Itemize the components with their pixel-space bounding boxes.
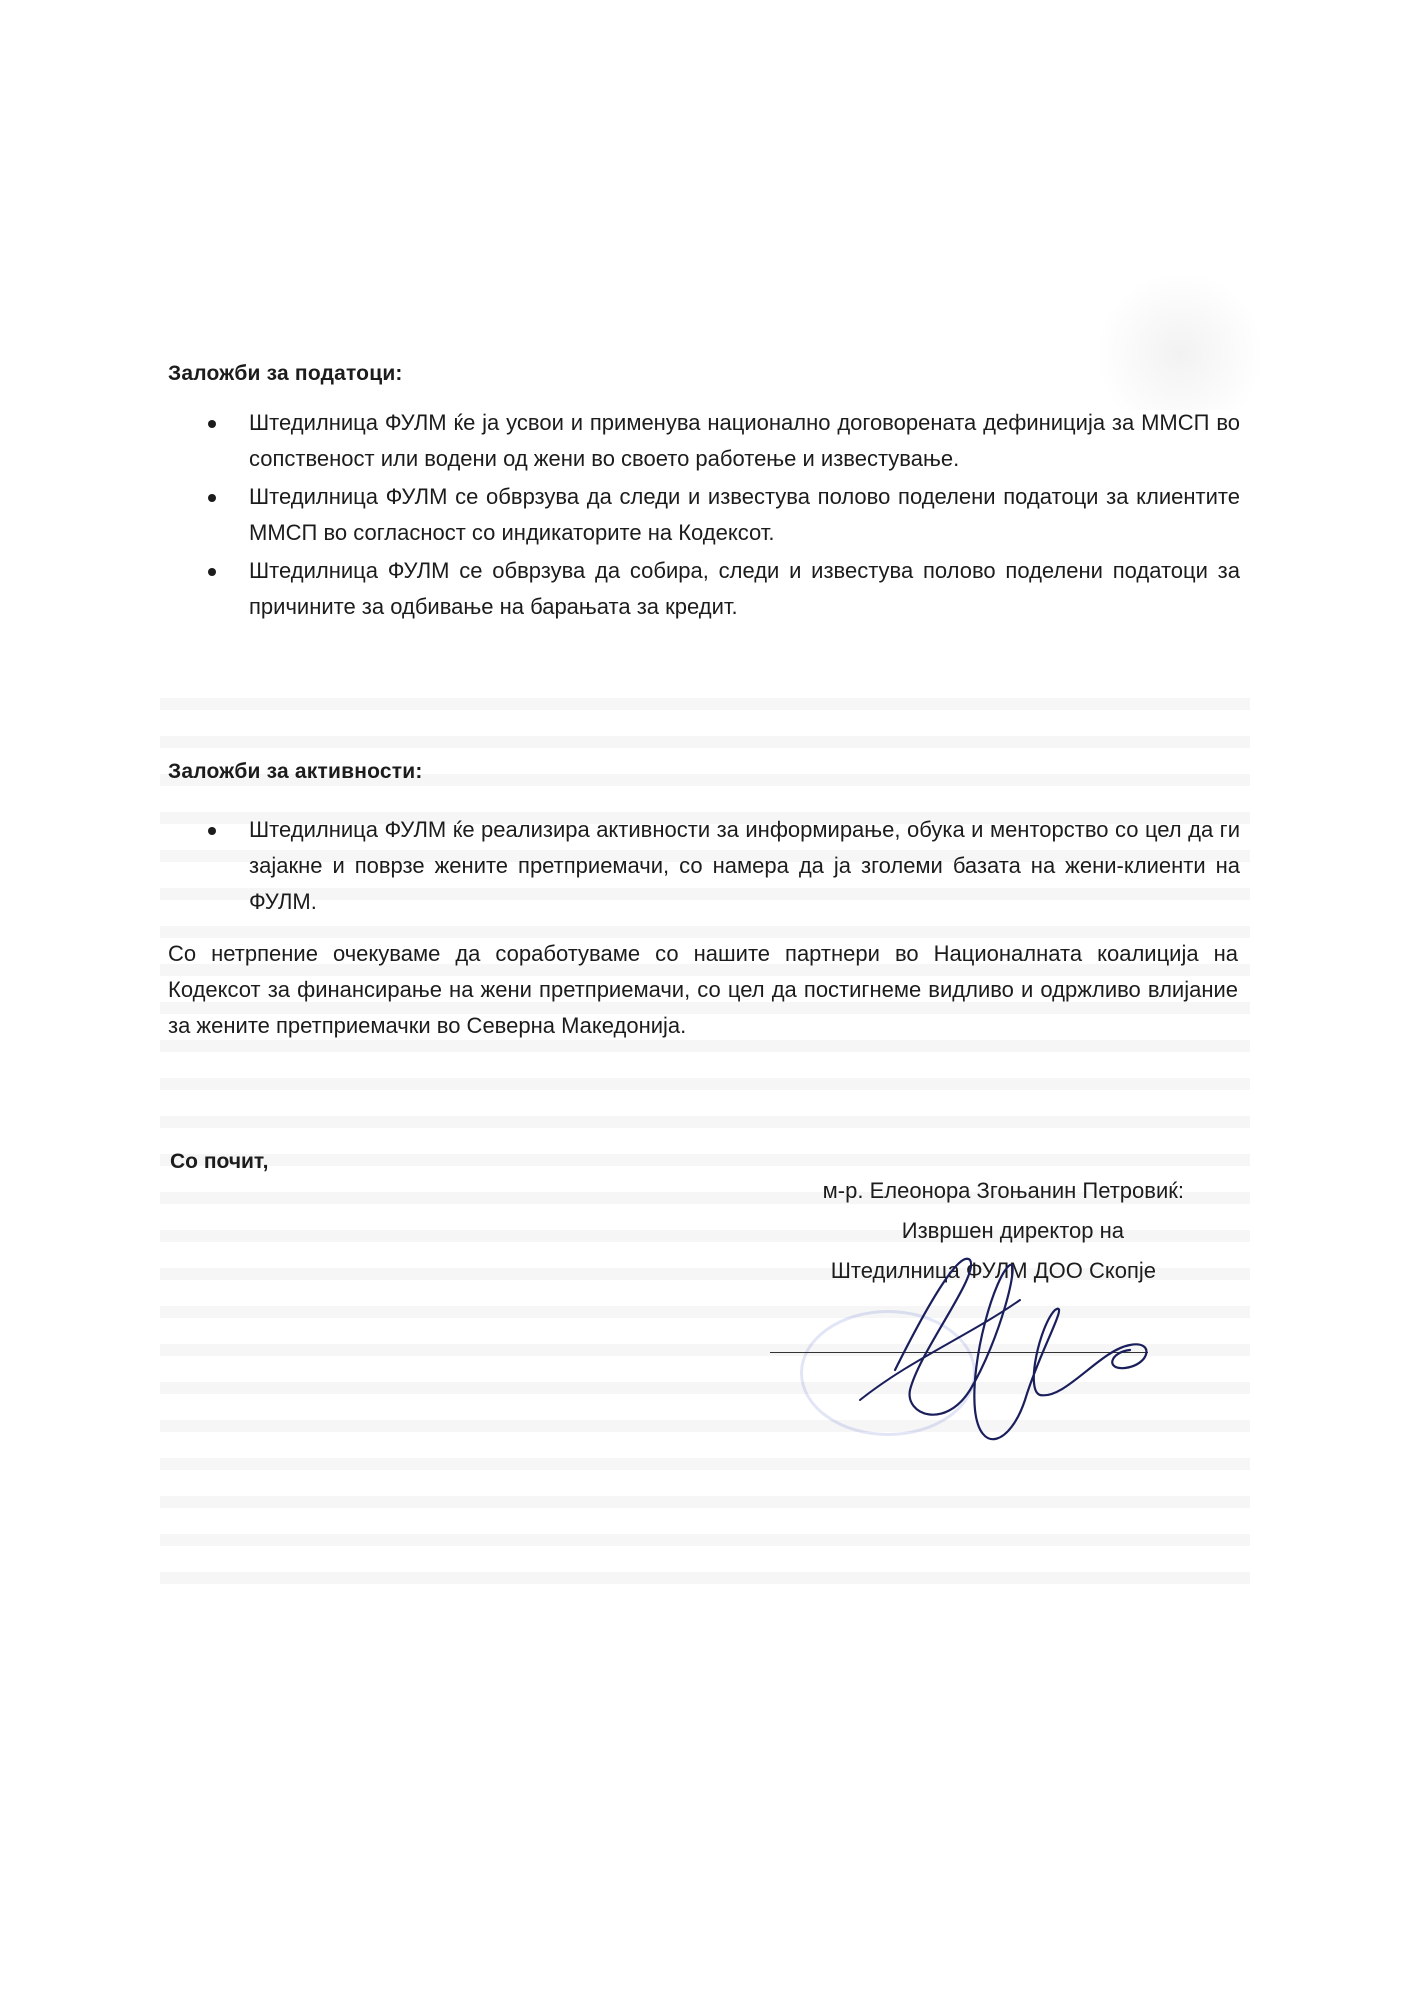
bullet-icon xyxy=(208,420,216,428)
bullet-icon xyxy=(208,827,216,835)
signature-icon xyxy=(850,1240,1180,1460)
activity-commitments-heading: Заложби за активности: xyxy=(168,760,423,784)
bullet-icon xyxy=(208,568,216,576)
list-item-text: Штедилница ФУЛМ ќе ја усвои и применува … xyxy=(249,410,1240,471)
list-item-text: Штедилница ФУЛМ ќе реализира активности … xyxy=(249,817,1240,914)
bullet-icon xyxy=(208,494,216,502)
data-commitments-heading: Заложби за податоци: xyxy=(168,362,403,386)
bleed-through-logo xyxy=(1095,270,1265,410)
list-item: Штедилница ФУЛМ се обврзува да собира, с… xyxy=(205,553,1240,625)
list-item: Штедилница ФУЛМ ќе реализира активности … xyxy=(205,812,1240,920)
list-item-text: Штедилница ФУЛМ се обврзува да собира, с… xyxy=(249,558,1240,619)
closing-paragraph: Со нетрпение очекуваме да соработуваме с… xyxy=(168,936,1238,1044)
salutation: Со почит, xyxy=(170,1150,268,1174)
list-item: Штедилница ФУЛМ ќе ја усвои и применува … xyxy=(205,405,1240,477)
signatory-name: м-р. Елеонора Згоњанин Петровиќ: xyxy=(823,1172,1184,1210)
list-item: Штедилница ФУЛМ се обврзува да следи и и… xyxy=(205,479,1240,551)
data-commitments-list: Штедилница ФУЛМ ќе ја усвои и применува … xyxy=(205,405,1240,627)
activity-commitments-list: Штедилница ФУЛМ ќе реализира активности … xyxy=(205,812,1240,922)
list-item-text: Штедилница ФУЛМ се обврзува да следи и и… xyxy=(249,484,1240,545)
